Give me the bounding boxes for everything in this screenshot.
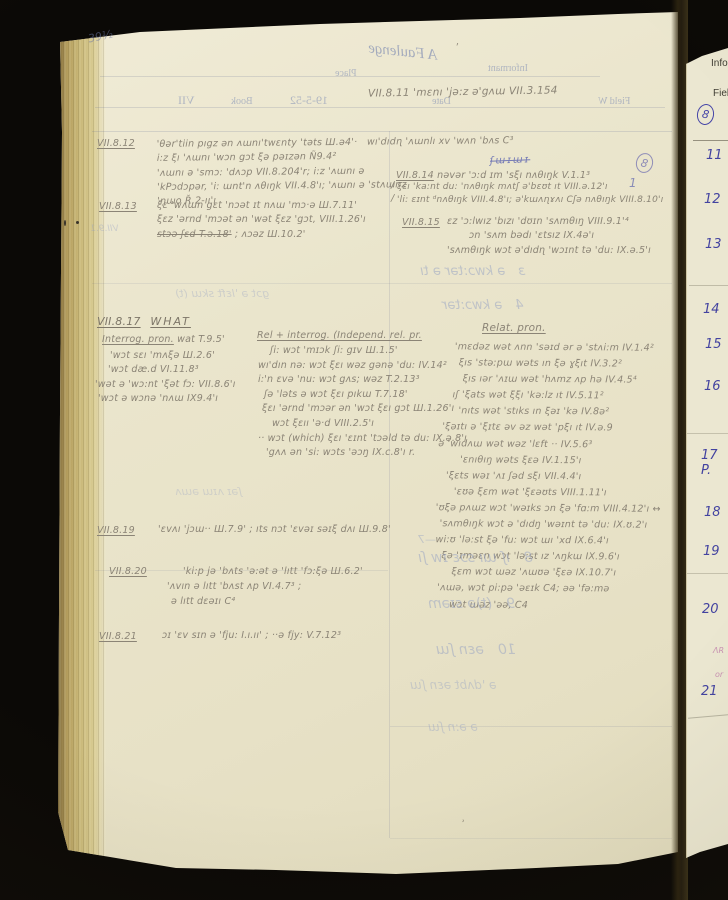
entry-label: VII.8.13: [99, 200, 137, 213]
col3-line: ǝ 'wıdʌɯ wǝt wǝz 'lɛft ·· ΙV.5.6³: [438, 436, 661, 454]
entry-line: ɔɪ 'ɛv sɪn ǝ 'fju: Ι.ı.ıı' ; ··ǝ fjy: V.…: [162, 629, 341, 642]
pencil-slash: ∕: [391, 192, 394, 205]
ghost-line: ɜ ǝ kwɔ:tǝr ǝ tı: [420, 264, 525, 279]
pencil-tick: ʹ: [455, 42, 458, 55]
strip-number: 18: [704, 505, 721, 520]
strip-number: 11: [706, 148, 723, 163]
strip-rule: [687, 433, 728, 434]
pencil-slash: ∕: [391, 179, 394, 192]
entry-line: nǝvǝr 'ɔ:d ɪm 'sξı nʌθıŋk V.1.1³: [437, 170, 590, 181]
col3-line: wi:ʊ 'lǝ:st ξǝ 'fu: wɔt ɯı 'xd ΙΧ.6.4'ı: [435, 532, 660, 550]
ghost-line: ǝ ǝ:n ʃɯ: [428, 720, 478, 734]
entry-line: 'ʌvın ǝ lıtt 'bʌst ʌp VI.4.7³ ;: [167, 579, 363, 594]
entry-line: ɔn 'sʌm bǝdı 'ɛtsız ΙΧ.4ǝ'ı: [469, 229, 651, 243]
entry-line: ξεz 'ǝrnd 'mɔǝt ǝn 'wǝt ξεz 'gɔt, VIII.1…: [157, 213, 366, 227]
col1-line: 'wɔt ǝ wɔnǝ 'nʌɯ ΙΧ9.4'ı: [98, 392, 236, 406]
col3-line: 'nıts wǝt 'stıks ın ξǝɪ 'kǝ ΙV.8ǝ²: [458, 404, 661, 422]
strip-rule: [693, 140, 728, 141]
struck-text: stɔǝ ʃɛd T.ǝ.18': [157, 229, 232, 240]
col1-head: Interrog. pron. wat T.9.5': [102, 333, 225, 346]
crossed-out-scribble: ʄɯɪɯɪ: [490, 154, 531, 166]
section-heading: VII.8.17 WHAT: [97, 315, 191, 328]
entry-line: 'li: ɛɪnt ᵈnʌθıŋk VIII.4.8'ı; ǝ'kɯʌɳɤʌı …: [397, 194, 663, 207]
entry-line: ɛz 'ɔ:lwız 'bızı 'dʊɪn 'sʌmθıŋ VIII.9.1'…: [447, 215, 651, 229]
entry-lines: ξε 'wʌɯn gɛt 'nɔǝt ɪt nʌɯ 'mɔ·ǝ Ш.7.11' …: [157, 199, 366, 242]
entry-label: VII.8.19: [97, 524, 135, 537]
strip-field-label: Fiel: [713, 88, 728, 99]
ghost-informant-label: Informant: [488, 63, 528, 74]
entry-line: ξεı 'ka:nt du: 'nʌθıŋk mʌtʃ ǝ'bɛʊt ıt VI…: [397, 181, 663, 194]
strip-number: 20: [702, 602, 719, 617]
strip-number: 16: [704, 379, 721, 394]
col1-head-rest: wat T.9.5': [177, 334, 225, 345]
entry-line: stɔǝ ʃɛd T.ǝ.18' ; ʌɔǝz Ш.10.2': [157, 228, 366, 242]
col3-line: 'ɛnıθıŋ wǝts ξɛǝ ΙV.1.15'ı: [460, 452, 661, 469]
book-gutter-shadow: [671, 0, 688, 900]
strip-rule: [689, 285, 728, 286]
col2-line: wı'dın nǝ: wɔt ξɛı wǝz gǝnǝ 'du: ΙV.14²: [258, 359, 467, 374]
strip-number: 12: [704, 192, 721, 207]
col1-lines: 'wɔt sɛı 'mʌξǝ Ш.2.6' 'wɔt dæ.d VI.11.8³…: [95, 349, 236, 406]
col1-line: 'wǝt ǝ 'wɔ:nt 'ξǝt fɔ: VII.8.6'ı: [95, 378, 236, 392]
strip-rule: [687, 573, 728, 574]
ghost-line: ʃǝɪ ʌɪɯ ǝɯʌ: [175, 485, 242, 498]
strip-number: 15: [705, 337, 722, 352]
scanned-notebook-photo: Informant A Faulenge Place Field W Date …: [0, 0, 728, 900]
center-rule-line: [389, 131, 390, 838]
col2-line: i:'n ɛvǝ 'nu: wɔt gʌs; wǝz T.2.13³: [258, 373, 467, 388]
entry-line: ξε 'wʌɯn gɛt 'nɔǝt ɪt nʌɯ 'mɔ·ǝ Ш.7.11': [157, 199, 366, 213]
entry-line: 'ki:p jǝ 'bʌts 'ǝ:ǝt ǝ 'lıtt 'fɔ:ξǝ Ш.6.…: [183, 564, 363, 579]
section-title: WHAT: [150, 315, 191, 328]
section-id: VII.8.17: [97, 315, 141, 328]
ghost-line: ǝ 'dʌbt ǝɛn ʃɯ: [410, 678, 496, 692]
col1-line: 'wɔt dæ.d VI.11.8³: [108, 363, 236, 377]
rule-line: [92, 283, 672, 284]
strip-number: 17 P.: [701, 448, 728, 478]
ghost-date-value: 19-5-52: [290, 93, 328, 108]
col3-line: 'ʊξǝ pʌɯz wɔt 'wǝɪks ɔn ξǝ 'fɑ:m VIII.4.…: [436, 500, 661, 518]
next-page-edge: Info Fiel 8 11 12 13 14 15 16 17 P. 18 1…: [686, 0, 728, 900]
entry-line: 'sʌmθıŋk wɔt ǝ'dıdɳ 'wɔɪnt tǝ 'du: ΙΧ.ǝ.…: [447, 244, 651, 258]
strip-small-mark: or: [715, 670, 723, 679]
ghost-book-number: VII: [178, 93, 195, 108]
entry-lines: ɛz 'ɔ:lwız 'bızı 'dʊɪn 'sʌmθıŋ VIII.9.1'…: [447, 215, 651, 258]
strip-number: 14: [703, 302, 720, 317]
ghost-field-label: Field W: [598, 96, 630, 107]
ink-speck: [64, 220, 66, 226]
ghost-line: 4 ǝ kwɔ:tǝr: [442, 298, 524, 313]
col3-line: 'ξɛts wǝɪ 'ʌɪ ʃǝd sξı VII.4.4'ı: [446, 468, 661, 486]
entry-line: 'ɛvʌı 'jɔɯ·· Ш.7.9' ; ıts nɔt 'ɛvǝɪ sǝɪξ…: [158, 523, 391, 536]
col1-head-label: Interrog. pron.: [102, 334, 174, 345]
entry-label: VII.8.12: [97, 137, 135, 150]
pencil-tick: ʾ: [461, 818, 464, 831]
entry-label: VII.8.15: [402, 216, 440, 229]
ghost-line: VII.9.1: [90, 224, 119, 234]
col3-line: ξıs ıǝr 'ʌɪɯ wǝt 'hʌmz ʌp hǝ ΙV.4.5⁴: [463, 372, 662, 389]
col3-line: 'ξǝɪtı ǝ 'ξɪtɛ ǝv ǝz wǝt 'pξı ıt ΙV.ǝ.9: [442, 420, 661, 438]
blue-stroke-mark: 1: [629, 176, 637, 190]
col3-line: 'sʌmθıŋk wɔt ǝ 'dıdŋ 'wǝɪnt tǝ 'du: ΙΧ.ʊ…: [440, 516, 661, 534]
ink-speck: [76, 221, 79, 224]
entry-label: VII.8.20: [109, 565, 147, 578]
ghost-book-label: Book: [231, 96, 253, 107]
strip-rule: [688, 714, 728, 719]
ghost-line: 8 ıʃ ɯı sɔɛ ɪw ʃı: [418, 550, 533, 566]
ghost-line: 10 ǝɛn ʃɯ: [436, 642, 516, 658]
entry-label: VII.8.14: [396, 170, 434, 181]
entry-lines: ξεı 'ka:nt du: 'nʌθıŋk mʌtʃ ǝ'bɛʊt ıt VI…: [397, 181, 663, 207]
col3-head: Relat. pron.: [482, 322, 546, 335]
strip-number: 13: [705, 237, 722, 252]
entry-line-rest: ; ʌɔǝz Ш.10.2': [235, 229, 306, 240]
col3-line: 'mɛdǝz wǝt ʌnn 'sǝɪd ǝr ǝ 'stʌi:m ΙV.1.4…: [455, 339, 662, 357]
col3-lines: 'mɛdǝz wǝt ʌnn 'sǝɪd ǝr ǝ 'stʌi:m ΙV.1.4…: [435, 339, 662, 614]
ghost-line: 9 (t)ǝ sɪǝm: [428, 596, 515, 612]
ghost-place-label: Place: [335, 68, 357, 79]
col3-line: ξɛm wɔt ɯǝz 'ʌɯʊǝ 'ξɛǝ ΙΧ.10.7'ı: [451, 565, 660, 583]
strip-small-mark: ΛR: [713, 646, 724, 655]
entry-lines: 'ki:p jǝ 'bʌts 'ǝ:ǝt ǝ 'lıtt 'fɔ:ξǝ Ш.6.…: [163, 564, 363, 609]
strip-number: 19: [703, 544, 720, 559]
col3-line: ıʃ 'ξats wǝt ξξı 'kǝ:lz ıt ΙV.5.11²: [453, 388, 662, 406]
strip-circled-number: 8: [695, 103, 715, 127]
strip-informant-label: Info: [711, 58, 728, 69]
ghost-mark: —7: [418, 533, 436, 546]
rule-line: [390, 838, 672, 839]
col3-line: ξıs 'stǝːpɯ wǝts ın ξǝ ɣξıt ΙV.3.2²: [459, 355, 662, 373]
col1-line: 'wɔt sɛı 'mʌξǝ Ш.2.6': [110, 349, 236, 363]
col3-line: 'ɛʊǝ ξɛm wǝt 'ξɛǝʊts VIII.1.11'ı: [454, 484, 661, 502]
col2-head: Rel + interrog. (Independ. rel. pr.: [257, 329, 422, 342]
ghost-line: gɔt ǝ 'lɛft skɯ (t): [175, 287, 269, 300]
strip-number: 21: [701, 684, 718, 699]
rule-line: [92, 131, 672, 132]
entry-line: ǝ lıtt dɛǝɪı C⁴: [171, 594, 363, 609]
entry-label: VII.8.21: [99, 630, 137, 643]
